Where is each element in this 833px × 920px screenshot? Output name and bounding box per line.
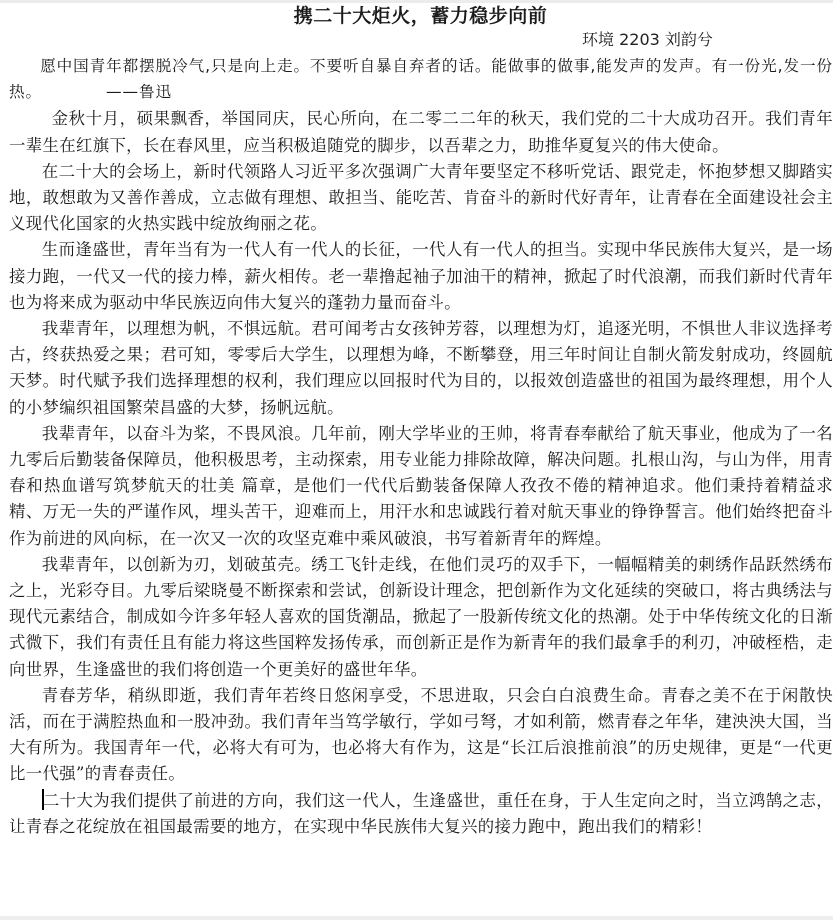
paragraph-5: 我辈青年，以奋斗为桨，不畏风浪。几年前，刚大学毕业的王帅，将青春奉献给了航天事业… bbox=[9, 421, 833, 552]
epigraph-quote: 愿中国青年都摆脱冷气,只是向上走。不要听自暴自弃者的话。能做事的做事,能发声的发… bbox=[9, 53, 833, 105]
document-body[interactable]: 愿中国青年都摆脱冷气,只是向上走。不要听自暴自弃者的话。能做事的做事,能发声的发… bbox=[9, 53, 833, 840]
quote-attribution: ——鲁迅 bbox=[106, 83, 172, 101]
paragraph-6: 我辈青年，以创新为刃，划破茧壳。绣工飞针走线，在他们灵巧的双手下，一幅幅精美的刺… bbox=[9, 552, 833, 683]
paragraph-1: 金秋十月，硕果飘香，举国同庆，民心所向，在二零二二年的秋天，我们党的二十大成功召… bbox=[9, 106, 833, 158]
paragraph-4: 我辈青年，以理想为帆，不惧远航。君可闻考古女孩钟芳蓉，以理想为灯，追逐光明，不惧… bbox=[9, 316, 833, 421]
author-line: 环境 2203 刘韵兮 bbox=[582, 28, 713, 52]
paragraph-8: 二十大为我们提供了前进的方向，我们这一代人，生逢盛世，重任在身，于人生定向之时，… bbox=[9, 788, 833, 840]
paragraph-2: 在二十大的会场上，新时代领路人习近平多次强调广大青年要坚定不移听党话、跟党走，怀… bbox=[9, 159, 833, 238]
paragraph-3: 生而逢盛世，青年当有为一代人有一代人的长征，一代人有一代人的担当。实现中华民族伟… bbox=[9, 237, 833, 316]
paragraph-8-text: 二十大为我们提供了前进的方向，我们这一代人，生逢盛世，重任在身，于人生定向之时，… bbox=[9, 791, 833, 836]
window-bottom-edge bbox=[0, 916, 833, 920]
paragraph-7: 青春芳华，稍纵即逝，我们青年若终日悠闲享受，不思进取，只会白白浪费生命。青春之美… bbox=[9, 683, 833, 788]
document-title: 携二十大炬火，蓄力稳步向前 bbox=[0, 3, 833, 29]
